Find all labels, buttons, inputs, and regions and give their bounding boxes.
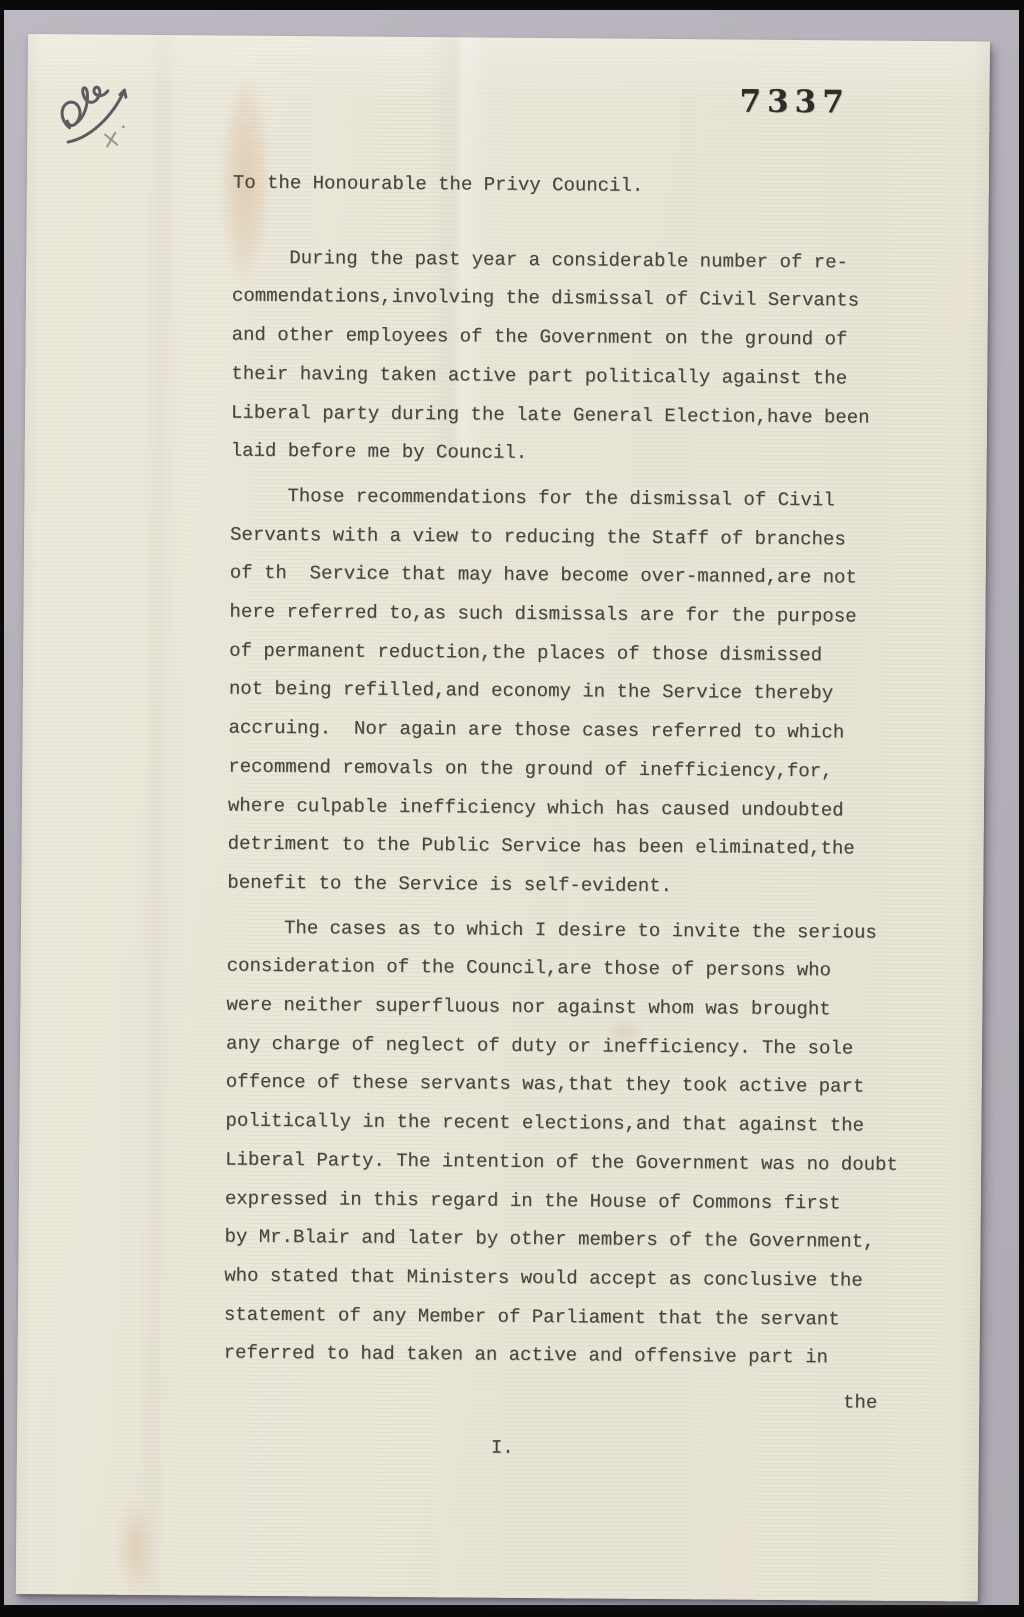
text-line: recommend removals on the ground of inef… bbox=[228, 747, 934, 791]
text-line: were neither superfluous nor against who… bbox=[226, 986, 932, 1030]
text-line: benefit to the Service is self-evident. bbox=[227, 864, 933, 908]
text-line: Liberal Party. The intention of the Gove… bbox=[225, 1140, 931, 1184]
paragraph-3: The cases as to which I desire to invite… bbox=[223, 908, 933, 1378]
paragraph-2: Those recommendations for the dismissal … bbox=[227, 477, 936, 908]
text-line: who stated that Ministers would accept a… bbox=[224, 1257, 930, 1301]
text-line: statement of any Member of Parliament th… bbox=[224, 1295, 930, 1339]
text-line: Servants with a view to reducing the Sta… bbox=[230, 515, 936, 559]
scan-backdrop: 7337 To the Honourable the Privy Council… bbox=[4, 10, 1019, 1605]
paper-crease bbox=[136, 35, 178, 1595]
text-line: consideration of the Council,are those o… bbox=[227, 947, 933, 991]
text-line: by Mr.Blair and later by other members o… bbox=[224, 1218, 930, 1262]
text-line: The cases as to which I desire to invite… bbox=[227, 908, 933, 952]
text-line: here referred to,as such dismissals are … bbox=[229, 593, 935, 637]
text-line: where culpable inefficiency which has ca… bbox=[228, 786, 934, 830]
catchword: the bbox=[223, 1379, 929, 1423]
paragraph-1: During the past year a considerable numb… bbox=[231, 238, 939, 476]
page-number: I. bbox=[223, 1426, 929, 1470]
salutation: To the Honourable the Privy Council. bbox=[233, 164, 939, 208]
text-line: accruing. Nor again are those cases refe… bbox=[228, 709, 934, 753]
text-line: During the past year a considerable numb… bbox=[232, 238, 938, 282]
text-line: of th Service that may have become over-… bbox=[230, 554, 936, 598]
text-line: referred to had taken an active and offe… bbox=[223, 1334, 929, 1378]
text-line: expressed in this regard in the House of… bbox=[225, 1179, 931, 1223]
text-line: commendations,involving the dismissal of… bbox=[232, 277, 938, 321]
document-page: 7337 To the Honourable the Privy Council… bbox=[16, 34, 990, 1602]
text-line: and other employees of the Government on… bbox=[231, 316, 937, 360]
text-line: their having taken active part political… bbox=[231, 354, 937, 398]
text-line: Those recommendations for the dismissal … bbox=[230, 477, 936, 521]
typewritten-text: To the Honourable the Privy Council. Dur… bbox=[223, 164, 939, 1471]
pencil-mark-icon bbox=[93, 117, 133, 157]
text-line: laid before me by Council. bbox=[231, 432, 937, 476]
folio-number: 7337 bbox=[739, 84, 850, 121]
text-line: detriment to the Public Service has been… bbox=[227, 825, 933, 869]
text-line: not being refilled,and economy in the Se… bbox=[229, 670, 935, 714]
text-line: politically in the recent elections,and … bbox=[225, 1102, 931, 1146]
text-line: offence of these servants was,that they … bbox=[226, 1063, 932, 1107]
text-line: of permanent reduction,the places of tho… bbox=[229, 631, 935, 675]
text-line: Liberal party during the late General El… bbox=[231, 393, 937, 437]
text-line: any charge of neglect of duty or ineffic… bbox=[226, 1024, 932, 1068]
